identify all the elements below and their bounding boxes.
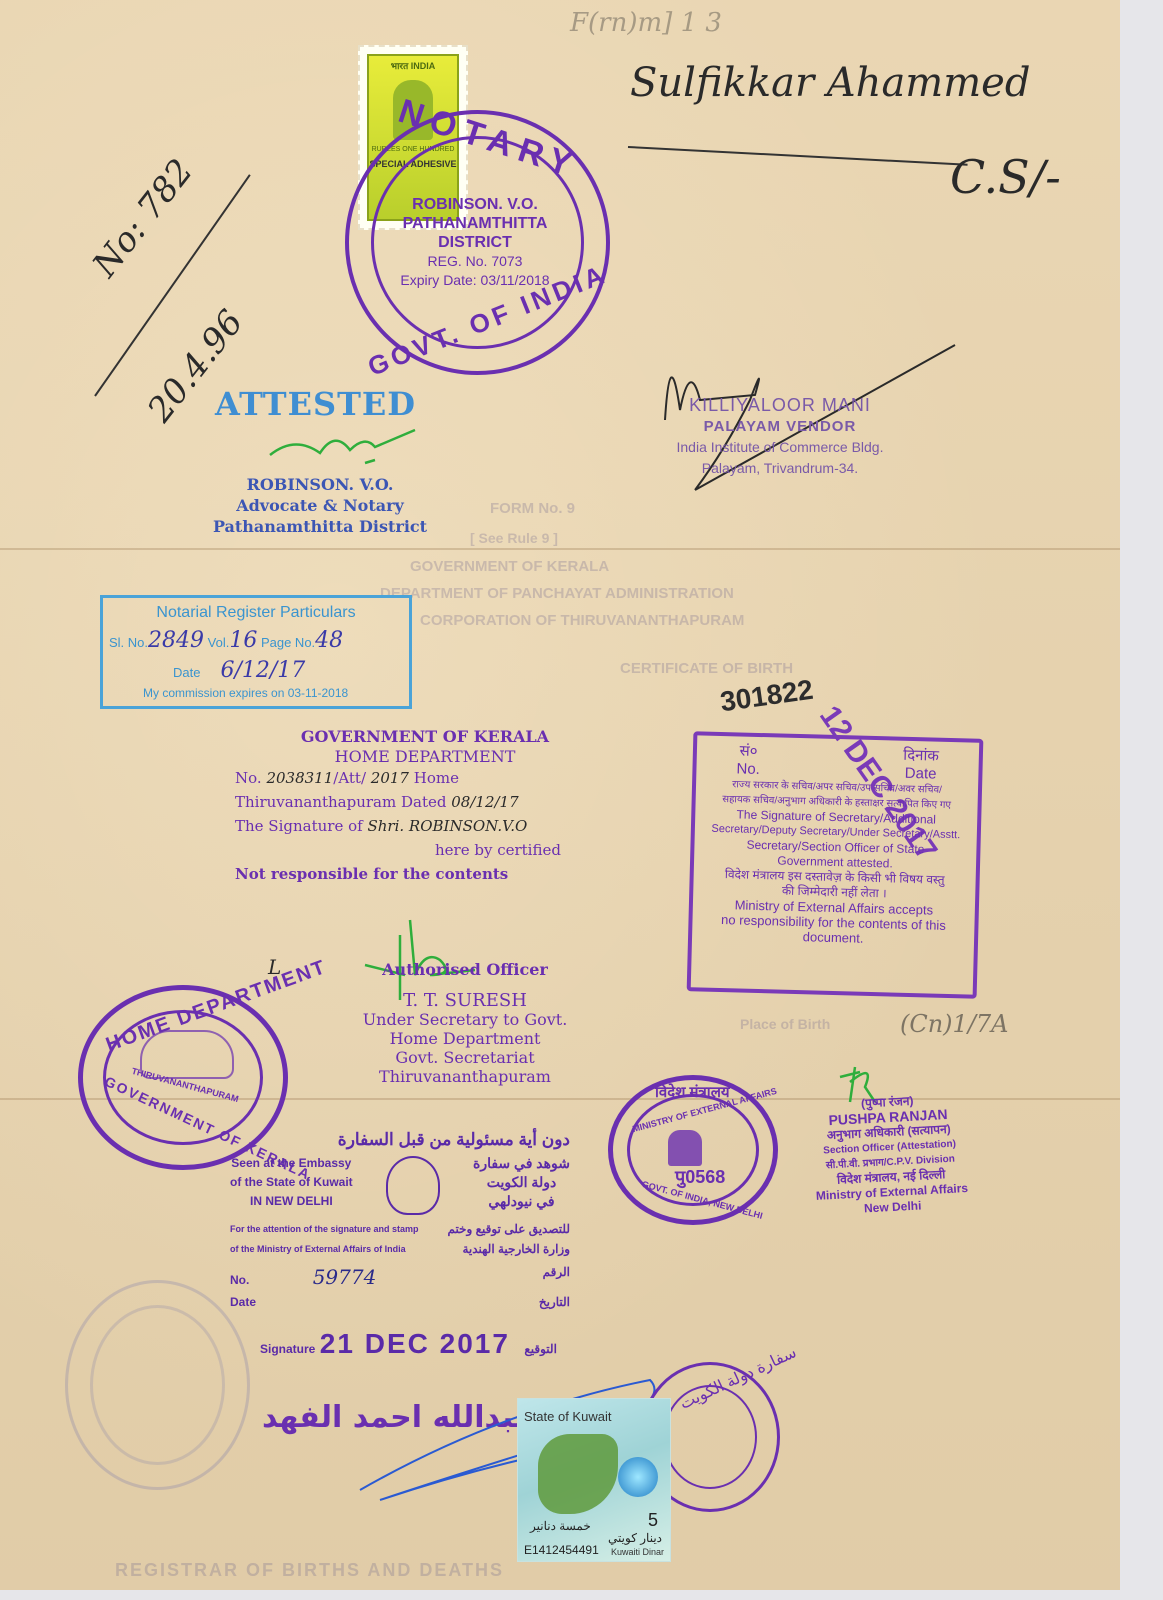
handwritten-initials: C.S/- (950, 150, 1061, 204)
kerala-sig-value: Shri. ROBINSON.V.O (367, 817, 527, 835)
hologram-icon (618, 1457, 658, 1497)
register-sl-value: 2849 (148, 628, 204, 653)
register-page-label: Page No. (261, 635, 315, 650)
handwritten-ref-number: No: 782 (85, 152, 201, 285)
fee-stamp-value: 5 (648, 1510, 658, 1531)
register-vol-value: 16 (229, 628, 257, 653)
kerala-home-label: Home (414, 769, 459, 787)
ghost-gov: GOVERNMENT OF KERALA (410, 558, 609, 575)
ghost-place-birth: Place of Birth (740, 1016, 830, 1032)
ghost-form-no: FORM No. 9 (490, 500, 575, 517)
attested-role: Advocate & Notary (200, 495, 440, 516)
fee-stamp-title: State of Kuwait (524, 1409, 611, 1424)
kerala-sig-label: The Signature of (235, 817, 363, 835)
kuwait-fee-stamp: State of Kuwait خمسة دنانير 5 دينار كويت… (517, 1398, 671, 1562)
kuwait-signature-ar: التوقيع (524, 1342, 557, 1356)
ghost-dept: DEPARTMENT OF PANCHAYAT ADMINISTRATION (380, 585, 734, 602)
kerala-no-value: 2038311 (266, 769, 333, 787)
ghost-corp: CORPORATION OF THIRUVANANTHAPURAM (420, 612, 744, 629)
kuwait-en-line1: Seen at the Embassy (230, 1154, 353, 1173)
ashoka-emblem-icon (668, 1130, 702, 1166)
kuwait-attention-ar2: وزارة الخارجية الهندية (447, 1239, 570, 1259)
paper-fold (0, 548, 1120, 550)
kerala-place-label: Thiruvananthapuram (235, 793, 396, 811)
officer-line3: Govt. Secretariat (330, 1048, 600, 1067)
mea-no-hindi: सं० (737, 740, 761, 761)
vendor-address1: India Institute of Commerce Bldg. (650, 437, 910, 458)
margin-note: (Cn)1/7A (900, 1010, 1009, 1038)
mea-date-hindi: दिनांक (903, 745, 939, 766)
kerala-certified: here by certified (235, 841, 615, 859)
attested-title: ATTESTED (215, 385, 416, 423)
attested-name: ROBINSON. V.O. (200, 474, 440, 495)
officer-line1: Under Secretary to Govt. (330, 1010, 600, 1029)
register-date-value: 6/12/17 (220, 658, 305, 683)
underline-stroke (628, 146, 968, 166)
mea-seal-code: पु0568 (675, 1165, 725, 1189)
kerala-certification: GOVERNMENT OF KERALA HOME DEPARTMENT No.… (235, 727, 615, 883)
vendor-stamp: KILLIYALOOR MANI PALAYAM VENDOR India In… (650, 395, 910, 479)
kuwait-date-value: 21 DEC 2017 (320, 1328, 510, 1359)
officer-line4: Thiruvananthapuram (330, 1067, 600, 1086)
kerala-year-value: 2017 (371, 769, 409, 787)
kuwait-emblem-icon (386, 1156, 440, 1215)
attested-district: Pathanamthitta District (200, 516, 440, 537)
kerala-line1: GOVERNMENT OF KERALA (235, 727, 615, 747)
kuwait-ar-line3: في نيودلهي (473, 1192, 570, 1211)
mea-seal-hindi: विदेश मंत्रालय (655, 1082, 730, 1102)
green-signature-icon (265, 425, 425, 470)
register-title: Notarial Register Particulars (103, 604, 409, 622)
notary-seal-place: PATHANAMTHITTA (395, 214, 555, 233)
kuwait-ar-header: دون أية مسئولية من قبل السفارة (230, 1130, 570, 1150)
officer-block: Authorised Officer T. T. SURESH Under Se… (330, 960, 600, 1086)
kuwait-attention-ar1: للتصديق على توقيع وختم (447, 1219, 570, 1239)
notary-seal-reg: REG. No. 7073 (395, 252, 555, 271)
vendor-role: PALAYAM VENDOR (650, 416, 910, 437)
kuwait-attention-en1: For the attention of the signature and s… (230, 1219, 419, 1239)
kerala-not-responsible: Not responsible for the contents (235, 865, 615, 883)
kuwait-signature-label: Signature (260, 1342, 315, 1356)
notarial-register-box: Notarial Register Particulars Sl. No.284… (100, 595, 412, 709)
kuwait-date-ar: التاريخ (539, 1295, 570, 1309)
ghost-footer: REGISTRAR OF BIRTHS AND DEATHS (115, 1560, 504, 1581)
faint-seal (65, 1280, 250, 1490)
kerala-line2: HOME DEPARTMENT (235, 747, 615, 767)
kuwait-no-label: No. (230, 1273, 249, 1287)
kuwait-ar-line2: دولة الكويت (473, 1173, 570, 1192)
officer-title: Authorised Officer (330, 960, 600, 979)
notary-seal-district: DISTRICT (395, 233, 555, 252)
notary-seal-center: ROBINSON. V.O. PATHANAMTHITTA DISTRICT R… (395, 195, 555, 290)
faint-handwriting: F(rn)m] 1 3 (570, 8, 722, 38)
revenue-stamp-country: भारत INDIA (369, 56, 457, 72)
kuwait-ar-line1: شوهد في سفارة (473, 1154, 570, 1173)
vendor-address2: Palayam, Trivandrum-34. (650, 458, 910, 479)
ghost-rule: [ See Rule 9 ] (470, 530, 558, 546)
mea-no-label: No. (736, 760, 760, 778)
kuwait-map-icon (538, 1434, 618, 1514)
elephant-emblem-icon (140, 1030, 234, 1079)
mea-number-stamp: 301822 (718, 674, 815, 719)
kuwait-signature-line: Signature 21 DEC 2017 التوقيع (260, 1328, 557, 1360)
attested-block: ROBINSON. V.O. Advocate & Notary Pathana… (200, 474, 440, 537)
kuwait-no-ar: الرقم (543, 1265, 570, 1289)
mea-date-label: Date (903, 765, 939, 783)
kuwait-attention-en2: of the Ministry of External Affairs of I… (230, 1239, 419, 1259)
kerala-att-label: /Att/ (333, 769, 366, 787)
register-sl-label: Sl. No. (109, 635, 148, 650)
kuwait-en-line2: of the State of Kuwait (230, 1173, 353, 1192)
fee-stamp-currency: Kuwaiti Dinar (611, 1547, 664, 1557)
officer-line2: Home Department (330, 1029, 600, 1048)
kuwait-en-line3: IN NEW DELHI (230, 1192, 353, 1211)
kerala-dated-value: 08/12/17 (451, 793, 518, 811)
notary-seal-name: ROBINSON. V.O. (395, 195, 555, 214)
register-commission: My commission expires on 03-11-2018 (143, 686, 348, 700)
mea-attestation-box: सं०No. दिनांकDate राज्य सरकार के सचिव/अप… (687, 731, 984, 999)
register-page-value: 48 (315, 628, 343, 653)
register-date-label: Date (173, 665, 200, 680)
handwritten-name: Sulfikkar Ahammed (630, 60, 1030, 106)
kuwait-embassy-stamp: دون أية مسئولية من قبل السفارة Seen at t… (230, 1130, 570, 1309)
officer-name: T. T. SURESH (330, 991, 600, 1010)
kerala-dated-label: Dated (401, 793, 446, 811)
document-page: FORM No. 9 [ See Rule 9 ] GOVERNMENT OF … (0, 0, 1120, 1590)
kuwait-no-value: 59774 (313, 1265, 377, 1289)
notary-seal-expiry: Expiry Date: 03/11/2018 (395, 271, 555, 290)
register-vol-label: Vol. (208, 635, 230, 650)
fee-stamp-serial: E1412454491 (524, 1543, 599, 1557)
vendor-name: KILLIYALOOR MANI (650, 395, 910, 416)
section-officer-stamp: (पुष्पा रंजन) PUSHPA RANJAN अनुभाग अधिका… (787, 1090, 993, 1220)
ghost-cert: CERTIFICATE OF BIRTH (620, 660, 793, 677)
kerala-no-label: No. (235, 769, 262, 787)
fee-stamp-currency-ar: دينار كويتي (608, 1531, 662, 1545)
fee-stamp-value-words: خمسة دنانير (530, 1519, 591, 1533)
kuwait-date-label: Date (230, 1295, 256, 1309)
